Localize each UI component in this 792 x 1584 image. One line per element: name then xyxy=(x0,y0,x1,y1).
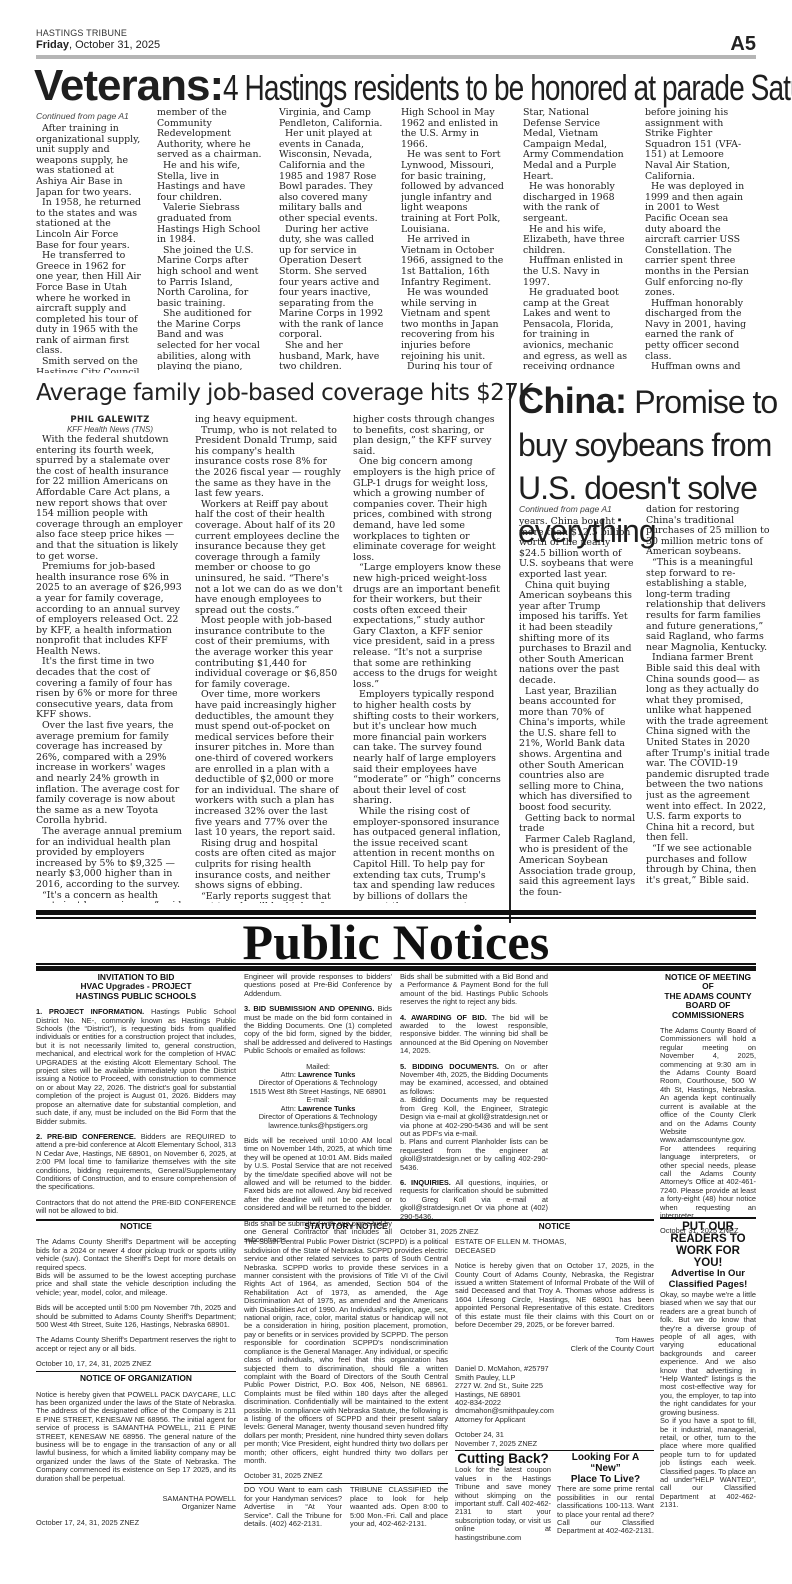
clerk-title: Clerk of the County Court xyxy=(455,1345,654,1353)
section-rule-bottom-thin xyxy=(36,963,756,965)
ad-text: Look for the latest coupon values in the… xyxy=(455,1466,551,1542)
invitation-to-bid-continued-2: Bids shall be submitted with a Bid Bond … xyxy=(400,973,548,1236)
paragraph: dation for restoring China's traditional… xyxy=(646,505,770,558)
paragraph: Workers at Reiff pay about half the cost… xyxy=(195,500,343,617)
veterans-column-4: High School in May 1962 and enlisted in … xyxy=(401,108,507,370)
section-awarding: 4. AWARDING OF BID. The bid will be awar… xyxy=(400,1014,548,1056)
ad-subtitle: Classified Pages! xyxy=(660,1280,756,1291)
paragraph: He was honorably discharged in 1968 with… xyxy=(523,182,629,224)
ad-text: There are some prime rental possibilitie… xyxy=(557,1485,654,1535)
masthead-rule xyxy=(36,55,756,59)
paragraph: Over time, more workers have paid increa… xyxy=(195,690,343,838)
notice-text: Notice is hereby given that POWELL PACK … xyxy=(36,1391,236,1483)
adams-county-meeting-notice: NOTICE OF MEETING OF THE ADAMS COUNTY BO… xyxy=(660,973,756,1236)
paragraph: Last year, Brazilian beans accounted for… xyxy=(519,687,637,814)
ad-title: Cutting Back? xyxy=(455,1452,551,1466)
byline-source: KFF Health News (TNS) xyxy=(36,425,184,434)
paragraph: Her unit played at events in Canada, Wis… xyxy=(279,129,385,224)
continued-note: Continued from page A1 xyxy=(36,111,142,121)
paragraph: Farmer Caleb Ragland, who is president o… xyxy=(519,835,637,899)
veterans-kicker: Veterans: xyxy=(34,61,223,110)
paragraph: Most people with job-based insurance con… xyxy=(195,616,343,690)
email-address[interactable]: lawrence.tunks@hpstigers.org xyxy=(244,1122,392,1130)
notice-title: COMMISSIONERS xyxy=(660,1011,756,1020)
paragraph: One big concern among employers is the h… xyxy=(353,457,501,563)
paragraph: “This is a meaningful step forward to re… xyxy=(646,558,770,653)
pre-bid-addendum: Engineer will provide responses to bidde… xyxy=(244,973,392,998)
signer-title: Organizer Name xyxy=(36,1503,236,1511)
veterans-column-6: before joining his assignment with Strik… xyxy=(645,108,751,370)
section-bidding-documents: 5. BIDDING DOCUMENTS. On or after Novemb… xyxy=(400,1063,548,1097)
veterans-column-2: member of the Community Redevelopment Au… xyxy=(157,108,263,370)
paragraph: After training in organizational supply,… xyxy=(36,124,142,198)
notice-text: Bids will be accepted until 5:00 pm Nove… xyxy=(36,1304,236,1329)
statutory-notice: STATUTORY NOTICE The South Central Publi… xyxy=(244,1222,448,1528)
paragraph: Smith served on the Hastings City Counci… xyxy=(36,357,142,373)
section-rule-bottom xyxy=(36,966,756,971)
notice-title: STATUTORY NOTICE xyxy=(244,1222,448,1231)
paragraph: higher costs through changes to benefits… xyxy=(353,415,501,457)
tribune-classified-ad: TRIBUNE CLASSIFIED the place to look for… xyxy=(350,1486,448,1528)
paragraph: She auditioned for the Marine Corps Band… xyxy=(157,309,263,370)
notice-text: Notice is hereby given that on October 1… xyxy=(455,1262,654,1329)
run-date: November 7, 2025 ZNEZ xyxy=(455,1440,654,1448)
paragraph: He graduated boot camp at the Great Lake… xyxy=(523,288,629,370)
paragraph: With the federal shutdown entering its f… xyxy=(36,435,184,562)
paragraph: Valerie Siebrass graduated from Hastings… xyxy=(157,203,263,245)
estate-status: DECEASED xyxy=(455,1247,654,1255)
section-pre-bid-conference: 2. PRE-BID CONFERENCE. Bidders are REQUI… xyxy=(36,1133,236,1192)
ad-text: So if you have a spot to fill, be it ind… xyxy=(660,1417,756,1509)
attorney-block: Daniel D. McMahon, #25797 Smith Pauley, … xyxy=(455,1365,654,1448)
page-number: A5 xyxy=(730,33,756,56)
ad-text: Okay, so maybe we're a little biased whe… xyxy=(660,1291,756,1417)
paragraph: While the rising cost of employer-sponso… xyxy=(353,807,501,903)
ad-title: Looking For A “New” xyxy=(557,1452,654,1474)
section-text: Bidders are REQUIRED to attend a pre-bid… xyxy=(36,1132,236,1191)
section-project-information: 1. PROJECT INFORMATION. Hastings Public … xyxy=(36,1008,236,1126)
veterans-column-5: Star, National Defense Service Medal, Vi… xyxy=(523,108,629,370)
paragraph: “If we see actionable purchases and foll… xyxy=(646,844,770,886)
bond-note: Bids shall be submitted with a Bid Bond … xyxy=(400,973,548,1007)
invitation-to-bid-continued: Engineer will provide responses to bidde… xyxy=(244,973,392,1245)
paragraph: He and his wife, Elizabeth, have three c… xyxy=(523,225,629,257)
paragraph: High School in May 1962 and enlisted in … xyxy=(401,108,507,150)
pre-bid-note: Contractors that do not attend the PRE-B… xyxy=(36,1199,236,1216)
meeting-text: The Adams County Board of Commissioners … xyxy=(660,1027,756,1220)
paragraph: He arrived in Vietnam in October 1966, a… xyxy=(401,235,507,288)
run-date: October 31, 2025 ZNEZ xyxy=(244,1472,448,1480)
veterans-headline: Veterans: 4 Hastings residents to be hon… xyxy=(34,62,792,112)
section-inquiries: 6. INQUIRIES. All questions, inquiries, … xyxy=(400,1179,548,1221)
notice-text: The South Central Public Power District … xyxy=(244,1238,448,1465)
paragraph: Huffman enlisted in the U.S. Navy in 199… xyxy=(523,256,629,288)
byline: PHIL GALEWITZ xyxy=(36,415,184,425)
notice-text: The Adams County Sheriff's Department wi… xyxy=(36,1238,236,1272)
paragraph: Rising drug and hospital costs are often… xyxy=(195,839,343,892)
paragraph: years. China bought more than $12.5 bill… xyxy=(519,517,637,581)
health-column-3: higher costs through changes to benefits… xyxy=(353,415,501,903)
notice-title: NOTICE xyxy=(36,1222,236,1231)
veterans-column-3: Virginia, and Camp Pendleton, California… xyxy=(279,108,385,370)
paragraph: China quit buying American soybeans this… xyxy=(519,581,637,687)
paragraph: She and her husband, Mark, have two chil… xyxy=(279,341,385,370)
divider xyxy=(244,1483,448,1485)
veterans-column-1: Continued from page A1 After training in… xyxy=(36,111,142,373)
ad-title: READERS TO xyxy=(660,1233,756,1245)
bidding-documents-b: b. Plans and current Planholder lists ca… xyxy=(400,1138,548,1172)
invitation-to-bid-notice: INVITATION TO BID HVAC Upgrades - PROJEC… xyxy=(36,973,236,1216)
column-divider xyxy=(509,383,511,923)
paragraph: The average annual premium for an indivi… xyxy=(36,827,184,891)
section-bid-submission: 3. BID SUBMISSION AND OPENING. Bids must… xyxy=(244,1005,392,1055)
paragraph: member of the Community Redevelopment Au… xyxy=(157,108,263,161)
china-column-2: dation for restoring China's traditional… xyxy=(646,505,770,925)
run-date: October 17, 24, 31, 2025 ZNEZ xyxy=(36,1519,236,1527)
ad-subtitle: Advertise In Our xyxy=(660,1269,756,1280)
mailing-address-block: Mailed: Attn: Lawrence Tunks Director of… xyxy=(244,1063,392,1130)
notice-title: NOTICE OF ORGANIZATION xyxy=(36,1374,236,1383)
attorney-line: Attorney for Applicant xyxy=(455,1416,654,1424)
notice-title: HASTINGS PUBLIC SCHOOLS xyxy=(36,992,236,1001)
section-text: Hastings Public School District No. NE-,… xyxy=(36,1007,236,1125)
paragraph: before joining his assignment with Strik… xyxy=(645,108,751,182)
paragraph: Huffman honorably discharged from the Na… xyxy=(645,299,751,363)
paragraph: During her active duty, she was called u… xyxy=(279,225,385,342)
paragraph: Trump, who is not related to President D… xyxy=(195,426,343,500)
section-text: Bids must be made on the bid form contai… xyxy=(244,1004,392,1055)
paragraph: He was wounded while serving in Vietnam … xyxy=(401,288,507,362)
continued-note: Continued from page A1 xyxy=(519,504,637,514)
issue-date-text: , October 31, 2025 xyxy=(69,39,160,51)
bid-deadline: Bids will be received until 10:00 AM loc… xyxy=(244,1137,392,1213)
issue-date: Friday, October 31, 2025 xyxy=(36,39,160,51)
china-kicker: China: xyxy=(518,380,626,421)
paragraph: Premiums for job-based health insurance … xyxy=(36,562,184,657)
health-column-1: PHIL GALEWITZ KFF Health News (TNS) With… xyxy=(36,415,184,903)
promo-ads-row: Cutting Back? Look for the latest coupon… xyxy=(455,1452,654,1542)
ad-title: PUT OUR xyxy=(660,1221,756,1233)
paragraph: ing heavy equipment. xyxy=(195,415,343,426)
run-date: October 10, 17, 24, 31, 2025 ZNEZ xyxy=(36,1360,236,1368)
notice-title: NOTICE OF MEETING OF xyxy=(660,973,756,992)
paragraph: Virginia, and Camp Pendleton, California… xyxy=(279,108,385,129)
ad-title: WORK FOR xyxy=(660,1245,756,1257)
new-place-ad: Looking For A “New” Place To Live? There… xyxy=(557,1452,654,1542)
paragraph: During his tour of duty, he received the… xyxy=(401,362,507,370)
paragraph: He transferred to Greece in 1962 for one… xyxy=(36,251,142,357)
paragraph: Indiana farmer Brent Bible said this dea… xyxy=(646,653,770,844)
health-headline: Average family job-based coverage hits $… xyxy=(36,380,533,406)
divider xyxy=(660,1217,756,1219)
paragraph: He was deployed in 1999 and then again i… xyxy=(645,182,751,299)
paragraph: “Early reports suggest that cost trends … xyxy=(195,892,343,903)
paragraph: He and his wife, Stella, live in Hasting… xyxy=(157,161,263,203)
cutting-back-ad: Cutting Back? Look for the latest coupon… xyxy=(455,1452,551,1542)
notice-title: NOTICE xyxy=(455,1222,654,1231)
notice-text: Bids will be assumed to be the lowest ac… xyxy=(36,1272,236,1297)
paragraph: She joined the U.S. Marine Corps after h… xyxy=(157,246,263,310)
notice-text: The Adams County Sheriff's Department re… xyxy=(36,1336,236,1353)
subhead: Getting back to normal trade xyxy=(519,814,637,835)
paper-name: HASTINGS TRIBUNE xyxy=(36,28,127,38)
paragraph: He was sent to Fort Lynwood, Missouri, f… xyxy=(401,150,507,235)
small-ads-row: DO YOU Want to earn cash for your Handym… xyxy=(244,1486,448,1528)
paragraph: “Large employers know these new high-pri… xyxy=(353,563,501,690)
paragraph: Huffman owns and operates 1 Great Nutrit… xyxy=(645,362,751,370)
paragraph: “It's a concern as health costs just kee… xyxy=(36,891,184,903)
paragraph: In 1958, he returned to the states and w… xyxy=(36,198,142,251)
handyman-ad: DO YOU Want to earn cash for your Handym… xyxy=(244,1486,342,1528)
classified-readers-ad: PUT OUR READERS TO WORK FOR YOU! Adverti… xyxy=(660,1221,756,1510)
paragraph: Employers typically respond to higher he… xyxy=(353,690,501,807)
china-column-1: Continued from page A1 years. China boug… xyxy=(519,504,637,924)
estate-notice: NOTICE ESTATE OF ELLEN M. THOMAS, DECEAS… xyxy=(455,1222,654,1542)
bidding-documents-a: a. Bidding Documents may be requested fr… xyxy=(400,1096,548,1138)
sheriff-notice: NOTICE The Adams County Sheriff's Depart… xyxy=(36,1222,236,1534)
veterans-headline-text: 4 Hastings residents to be honored at pa… xyxy=(223,64,792,112)
paragraph: It's the first time in two decades that … xyxy=(36,657,184,721)
issue-day: Friday xyxy=(36,39,69,51)
paragraph: Star, National Defense Service Medal, Vi… xyxy=(523,108,629,182)
health-column-2: ing heavy equipment. Trump, who is not r… xyxy=(195,415,343,903)
divider xyxy=(36,1371,236,1373)
paragraph: Over the last five years, the average pr… xyxy=(36,721,184,827)
